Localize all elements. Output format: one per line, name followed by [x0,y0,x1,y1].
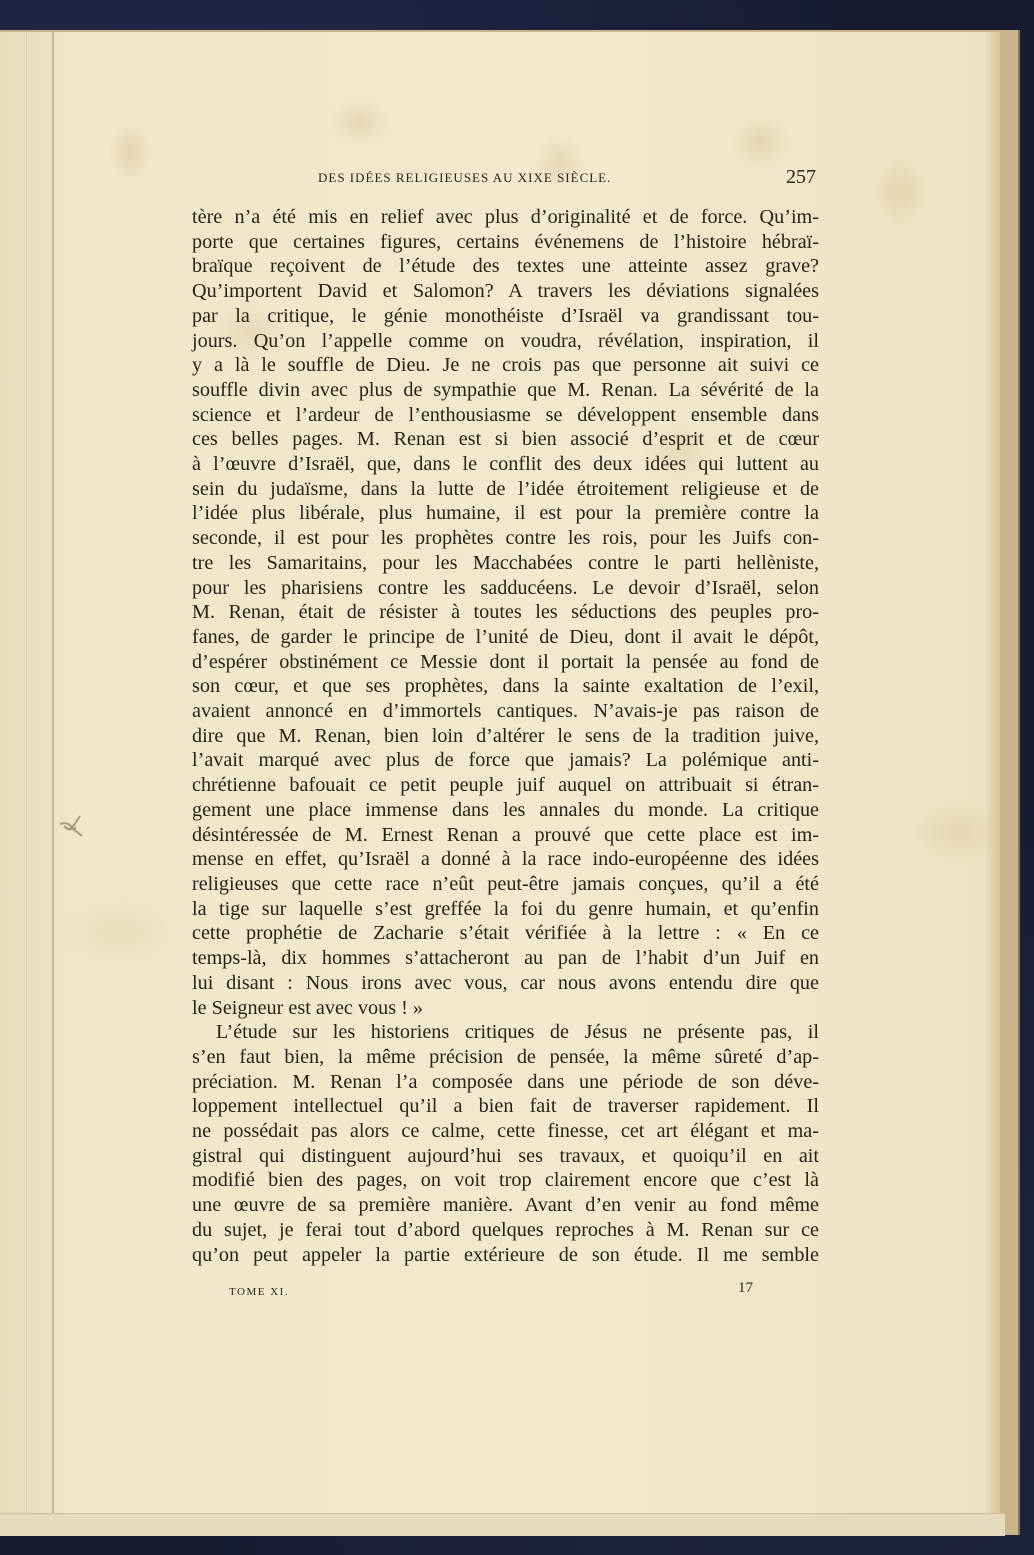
text-line: lui disant : Nous irons avec vous, car n… [192,971,819,996]
text-line: M. Renan, était de résister à toutes les… [192,600,819,625]
text-line: gistral qui distinguent aujourd’hui ses … [192,1144,819,1169]
text-line: une œuvre de sa première manière. Avant … [192,1193,819,1218]
text-line: dire que M. Renan, bien loin d’altérer l… [192,724,819,749]
footer-sheet-number: 17 [738,1280,753,1297]
text-line: modifié bien des pages, on voit trop cla… [192,1168,819,1193]
text-line: pour les pharisiens contre les sadducéen… [192,576,819,601]
text-line: porte que certaines figures, certains év… [192,230,819,255]
text-line: tre les Samaritains, pour les Macchabées… [192,551,819,576]
paragraph-start-line: L’étude sur les historiens critiques de … [192,1020,819,1045]
text-line: ces belles pages. M. Renan est si bien a… [192,427,819,452]
running-head: Des idées religieuses au XIXe siècle. [318,170,818,187]
text-line: d’espérer obstinément ce Messie dont il … [192,650,819,675]
page-number: 257 [786,166,816,189]
text-line: sein du judaïsme, dans la lutte de l’idé… [192,477,819,502]
text-line: l’idée plus libérale, plus humaine, il e… [192,501,819,526]
text-line: jours. Qu’on l’appelle comme on voudra, … [192,329,819,354]
text-line: temps-là, dix hommes s’attacheront au pa… [192,946,819,971]
running-head-title: Des idées religieuses au XIXe siècle. [318,170,611,185]
text-line: cette prophétie de Zacharie s’était véri… [192,921,819,946]
text-line: chrétienne bafouait ce petit peuple juif… [192,773,819,798]
text-line: son cœur, et que ses prophètes, dans la … [192,674,819,699]
text-line: Qu’importent David et Salomon? A travers… [192,279,819,304]
page-bottom-edge [0,1513,1005,1536]
text-line: désintéressée de M. Ernest Renan a prouv… [192,823,819,848]
gutter-line [52,32,54,1514]
text-line: ne possédait pas alors ce calme, cette f… [192,1119,819,1144]
text-line: braïque reçoivent de l’étude des textes … [192,254,819,279]
text-line: loppement intellectuel qu’il a bien fait… [192,1094,819,1119]
text-line: seconde, il est pour les prophètes contr… [192,526,819,551]
text-line: à l’œuvre d’Israël, que, dans le conflit… [192,452,819,477]
text-line: la tige sur laquelle s’est greffée la fo… [192,897,819,922]
binding-thread-icon [58,810,88,846]
page-fold-line [26,32,27,1514]
text-line: souffle divin avec plus de sympathie que… [192,378,819,403]
paragraph-end-line: le Seigneur est avec vous ! » [192,996,819,1021]
footer-signature: TOME XI. [229,1286,289,1298]
text-line: qu’on peut appeler la partie extérieure … [192,1243,819,1268]
text-line: fanes, de garder le principe de l’unité … [192,625,819,650]
text-line: l’avait marqué avec plus de force que ja… [192,748,819,773]
body-text: tère n’a été mis en relief avec plus d’o… [192,205,819,1267]
text-line: avaient annoncé en d’immortels cantiques… [192,699,819,724]
text-line: tère n’a été mis en relief avec plus d’o… [192,205,819,230]
text-line: du sujet, je ferai tout d’abord quelques… [192,1218,819,1243]
text-line: gement une place immense dans les annale… [192,798,819,823]
page-right-edge [986,32,1000,1514]
text-line: préciation. M. Renan l’a composée dans u… [192,1070,819,1095]
text-line: science et l’ardeur de l’enthousiasme se… [192,403,819,428]
text-line: religieuses que cette race n’eût peut-êt… [192,872,819,897]
text-line: par la critique, le génie monothéiste d’… [192,304,819,329]
text-line: s’en faut bien, la même précision de pen… [192,1045,819,1070]
text-line: y a là le souffle de Dieu. Je ne crois p… [192,353,819,378]
text-line: mense en effet, qu’Israël a donné à la r… [192,847,819,872]
